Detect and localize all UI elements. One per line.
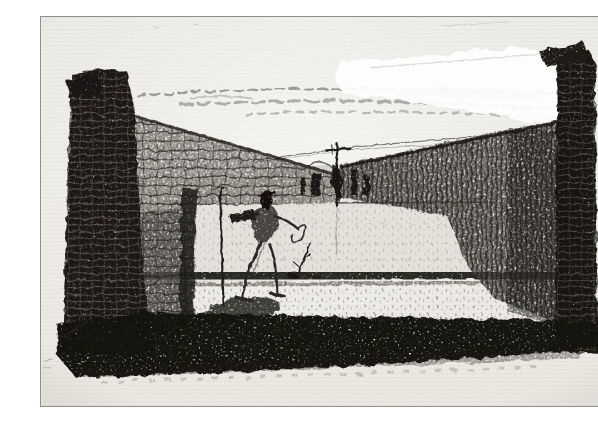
sketch-svg: Charcoal stage-design sketch: a lone fig… — [41, 17, 598, 406]
sketch-canvas: Charcoal stage-design sketch: a lone fig… — [40, 16, 598, 407]
vignette — [42, 17, 598, 406]
